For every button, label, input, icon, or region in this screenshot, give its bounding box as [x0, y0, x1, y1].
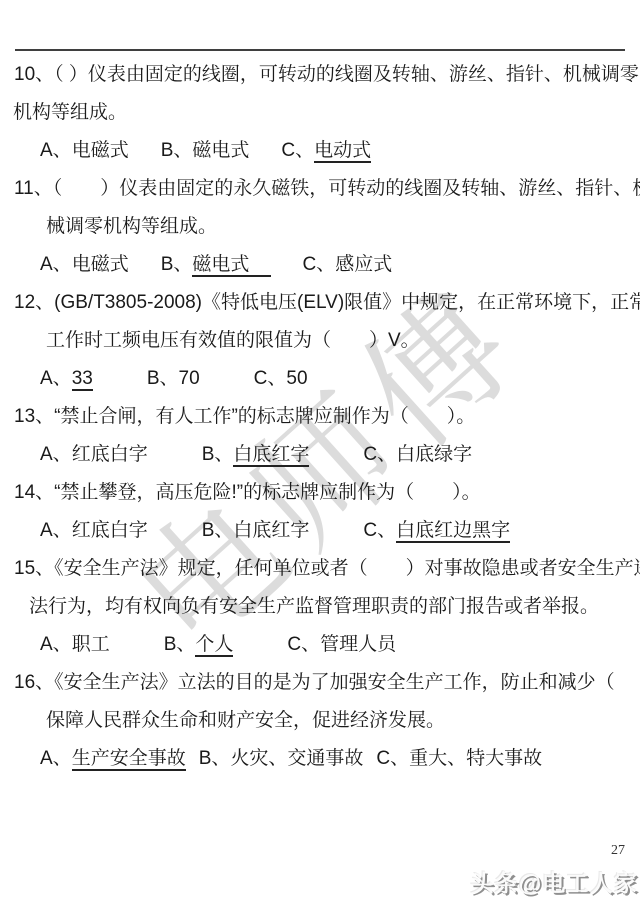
option-label: C、 [281, 140, 314, 161]
option-label: C、 [363, 520, 396, 541]
question-12-line-2: 工作时工频电压有效值的限值为（ ）V。 [0, 322, 640, 360]
option-label: B、 [202, 444, 234, 465]
question-11-line-2: 械调零机构等组成。 [0, 208, 640, 246]
question-16-line-2: 保障人民群众生命和财产安全，促进经济发展。 [0, 702, 640, 740]
question-14-option-c: C、白底红边黑字 [363, 512, 510, 550]
question-10-option-b: B、磁电式 [161, 132, 250, 170]
question-15-option-b: B、个人 [164, 626, 234, 664]
question-15-options: A、职工 B、个人 C、管理人员 [0, 626, 640, 664]
option-text: 电磁式 [72, 254, 129, 275]
option-label: A、 [40, 140, 72, 161]
option-text: 感应式 [335, 254, 392, 275]
question-14-options: A、红底白字 B、白底红字 C、白底红边黑字 [0, 512, 640, 550]
question-14-line-1: 14、“禁止攀登，高压危险!”的标志牌应制作为（ ）。 [0, 474, 640, 512]
question-10-option-c: C、电动式 [281, 132, 371, 170]
option-text: 白底红字 [233, 520, 309, 541]
question-14-option-a: A、红底白字 [40, 512, 148, 550]
option-label: C、 [254, 368, 287, 389]
option-text: 火灾、交通事故 [230, 748, 363, 769]
question-10-option-a: A、电磁式 [40, 132, 129, 170]
option-label: B、 [199, 748, 231, 769]
question-16-options: A、生产安全事故 B、火灾、交通事故 C、重大、特大事故 [0, 740, 640, 778]
question-10-options: A、电磁式 B、磁电式 C、电动式 [0, 132, 640, 170]
option-text: 电动式 [314, 140, 371, 163]
question-13-option-b: B、白底红字 [202, 436, 310, 474]
option-text: 电磁式 [72, 140, 129, 161]
question-10-line-2: 机构等组成。 [0, 94, 640, 132]
option-text: 磁电式 [192, 254, 270, 277]
question-12-option-a: A、33 [40, 360, 93, 398]
footer-watermark: 头条@电工人家 [471, 865, 638, 898]
option-text: 磁电式 [192, 140, 249, 161]
option-text: 33 [72, 368, 93, 391]
question-16-line-1: 16、《安全生产法》立法的目的是为了加强安全生产工作，防止和减少（ ）， [0, 664, 640, 702]
question-12-option-c: C、50 [254, 360, 308, 398]
question-10-line-1: 10、（ ）仪表由固定的线圈，可转动的线圈及转轴、游丝、指针、机械调零 [0, 56, 640, 94]
option-label: C、 [303, 254, 336, 275]
question-16-option-a: A、生产安全事故 [40, 740, 186, 778]
question-12-line-1: 12、(GB/T3805-2008)《特低电压(ELV)限值》中规定，在正常环境… [0, 284, 640, 322]
question-12-option-b: B、70 [147, 360, 200, 398]
question-11-line-1: 11、（ ）仪表由固定的永久磁铁，可转动的线圈及转轴、游丝、指针、机 [0, 170, 640, 208]
option-label: A、 [40, 254, 72, 275]
question-11-option-b: B、磁电式 [161, 246, 271, 284]
option-label: C、 [287, 634, 320, 655]
option-label: C、 [376, 748, 409, 769]
question-15-line-2: 法行为，均有权向负有安全生产监督管理职责的部门报告或者举报。 [0, 588, 640, 626]
option-text: 白底红边黑字 [396, 520, 510, 543]
question-13-option-c: C、白底绿字 [363, 436, 472, 474]
option-text: 职工 [72, 634, 110, 655]
option-text: 重大、特大事故 [409, 748, 542, 769]
question-11-option-c: C、感应式 [303, 246, 393, 284]
question-12-options: A、33 B、70 C、50 [0, 360, 640, 398]
option-text: 70 [179, 368, 200, 389]
question-11-option-a: A、电磁式 [40, 246, 129, 284]
option-label: A、 [40, 444, 72, 465]
option-text: 50 [286, 368, 307, 389]
option-label: B、 [161, 254, 193, 275]
question-15-option-a: A、职工 [40, 626, 110, 664]
option-text: 白底绿字 [396, 444, 472, 465]
option-label: B、 [161, 140, 193, 161]
question-11-options: A、电磁式 B、磁电式 C、感应式 [0, 246, 640, 284]
option-label: B、 [147, 368, 179, 389]
question-14-option-b: B、白底红字 [202, 512, 310, 550]
question-list: 10、（ ）仪表由固定的线圈，可转动的线圈及转轴、游丝、指针、机械调零 机构等组… [0, 56, 640, 778]
option-label: A、 [40, 634, 72, 655]
option-label: C、 [363, 444, 396, 465]
option-label: B、 [164, 634, 196, 655]
document-page: 电师傅 10、（ ）仪表由固定的线圈，可转动的线圈及转轴、游丝、指针、机械调零 … [0, 0, 640, 909]
page-number: 27 [611, 843, 625, 859]
option-label: B、 [202, 520, 234, 541]
option-text: 个人 [195, 634, 233, 657]
option-label: A、 [40, 520, 72, 541]
option-label: A、 [40, 368, 72, 389]
option-text: 管理人员 [320, 634, 396, 655]
option-text: 白底红字 [233, 444, 309, 467]
option-text: 红底白字 [72, 520, 148, 541]
question-16-option-b: B、火灾、交通事故 [199, 740, 364, 778]
option-text: 红底白字 [72, 444, 148, 465]
question-13-line-1: 13、“禁止合闸，有人工作”的标志牌应制作为（ ）。 [0, 398, 640, 436]
option-label: A、 [40, 748, 72, 769]
question-13-options: A、红底白字 B、白底红字 C、白底绿字 [0, 436, 640, 474]
question-16-option-c: C、重大、特大事故 [376, 740, 542, 778]
top-rule [15, 49, 625, 51]
question-15-option-c: C、管理人员 [287, 626, 396, 664]
question-15-line-1: 15、《安全生产法》规定，任何单位或者（ ）对事故隐患或者安全生产违 [0, 550, 640, 588]
option-text: 生产安全事故 [72, 748, 186, 771]
question-13-option-a: A、红底白字 [40, 436, 148, 474]
